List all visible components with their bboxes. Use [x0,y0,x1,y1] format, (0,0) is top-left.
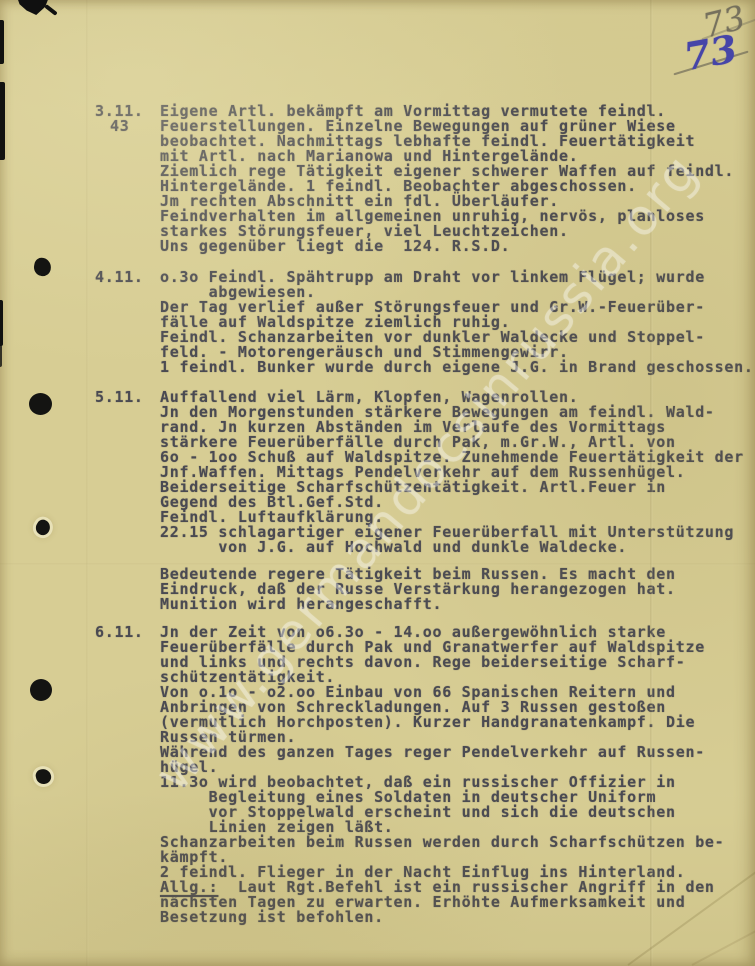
text-line: Uns gegenüber liegt die 124. R.S.D. [160,239,755,254]
text-line: Während des ganzen Tages reger Pendelver… [160,745,755,760]
edge-mark [0,345,2,367]
text-line: Besetzung ist befohlen. [160,910,755,925]
entry-text: Jn der Zeit von o6.3o - 14.oo außergewöh… [160,625,755,925]
entry-date: 4.11. [95,270,144,285]
diary-entry-4-11: 4.11.o.3o Feindl. Spähtrupp am Draht vor… [0,270,755,375]
edge-mark [0,20,4,64]
handwritten-page-number-ink: 73 [680,26,740,80]
entry-text: Bedeutende regere Tätigkeit beim Russen.… [160,567,755,612]
entry-text: Auffallend viel Lärm, Klopfen, Wagenroll… [160,390,755,555]
edge-mark [0,82,5,160]
diary-entries: 3.11.43Eigene Artl. bekämpft am Vormitta… [0,0,755,925]
document-page: 73 73 3.11.43Eigene Artl. bekämpft am Vo… [0,0,755,966]
date-label: 6.11. [95,625,144,640]
punch-hole [30,679,52,701]
punch-hole [29,393,52,415]
text-line: von J.G. auf Hochwald und dunkle Waldeck… [160,540,755,555]
diary-entry-3-11: 3.11.43Eigene Artl. bekämpft am Vormitta… [0,104,755,254]
text-line: Schanzarbeiten beim Russen werden durch … [160,835,755,850]
diary-entry-5-11: 5.11.Auffallend viel Lärm, Klopfen, Wage… [0,390,755,555]
entry-date: 6.11. [95,625,144,640]
edge-mark [0,300,3,346]
date-label: 5.11. [95,390,144,405]
year-label: 43 [95,119,144,134]
entry-text: o.3o Feindl. Spähtrupp am Draht vor link… [160,270,755,375]
diary-entry-continuation: Bedeutende regere Tätigkeit beim Russen.… [0,567,755,612]
entry-date: 3.11.43 [95,104,144,134]
text-line: 1 feindl. Bunker wurde durch eigene J.G.… [160,360,755,375]
entry-text: Eigene Artl. bekämpft am Vormittag vermu… [160,104,755,254]
text-line: Munition wird herangeschafft. [160,597,755,612]
diary-entry-6-11: 6.11.Jn der Zeit von o6.3o - 14.oo außer… [0,625,755,925]
date-label: 4.11. [95,270,144,285]
entry-date: 5.11. [95,390,144,405]
